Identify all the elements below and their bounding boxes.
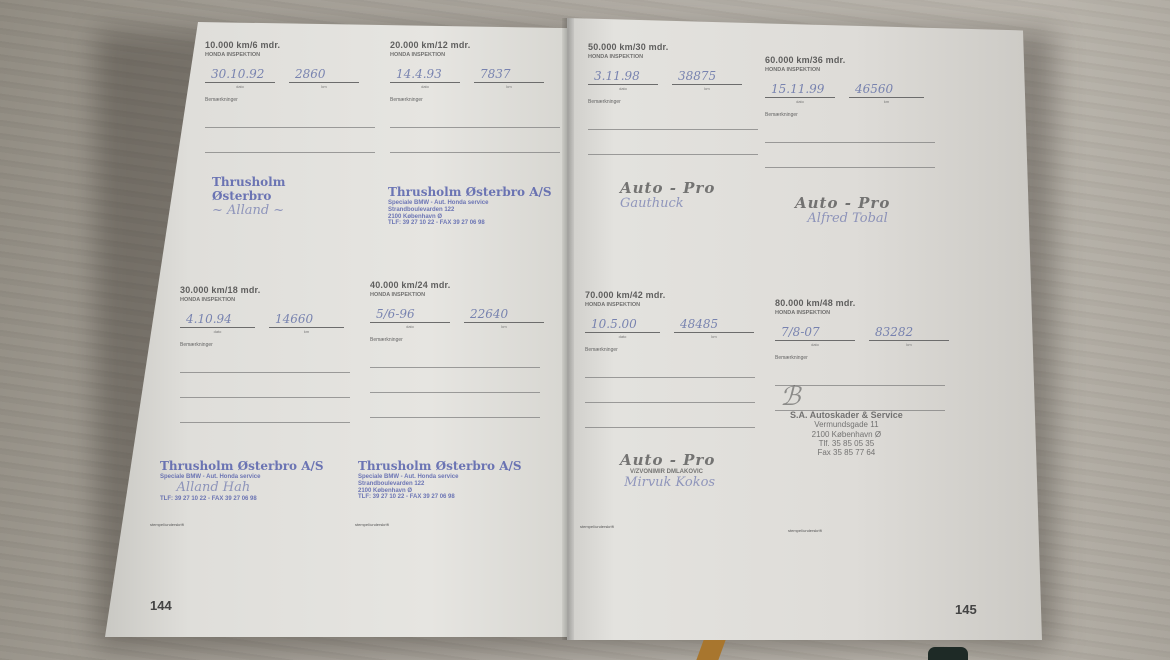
service-date: 5/6-96 — [376, 307, 415, 321]
service-km: 83282 — [875, 325, 913, 339]
interval-label: 70.000 km/42 mdr. — [585, 290, 755, 300]
stamp-line: 2100 København Ø — [790, 430, 903, 439]
dealer-stamp: Thrusholm Østerbro ~ Alland ~ — [212, 176, 285, 219]
remarks-line — [370, 343, 540, 368]
interval-label: 60.000 km/36 mdr. — [765, 55, 935, 65]
remarks-line — [205, 128, 375, 153]
remarks-line — [370, 368, 540, 393]
stamp-line: Fax 35 85 77 64 — [790, 448, 903, 457]
stamp-line: Østerbro — [212, 190, 285, 204]
service-entry: 50.000 km/30 mdr. HONDA INSPEKTION 3.11.… — [588, 42, 758, 155]
service-date: 7/8-07 — [781, 325, 820, 339]
service-date: 15.11.99 — [771, 82, 824, 96]
remarks-line — [180, 373, 350, 398]
stamp-label: stempel/underskrift — [355, 522, 389, 527]
booklet-spine — [562, 18, 574, 640]
service-entry: 40.000 km/24 mdr. HONDA INSPEKTION 5/6-9… — [370, 280, 540, 418]
inspection-label: HONDA INSPEKTION — [585, 302, 755, 308]
remarks-line — [765, 118, 935, 143]
stamp-title: Thrusholm Østerbro A/S — [388, 186, 552, 200]
service-date: 14.4.93 — [396, 67, 442, 81]
service-entry: 30.000 km/18 mdr. HONDA INSPEKTION 4.10.… — [180, 285, 350, 423]
date-caption: dato — [765, 99, 835, 104]
km-caption: km — [289, 84, 359, 89]
km-caption: km — [474, 84, 544, 89]
remarks-line — [585, 378, 755, 403]
stamp-title: Auto - Pro — [620, 180, 715, 197]
stamp-line: TLF: 39 27 10 22 - FAX 39 27 06 98 — [160, 496, 324, 503]
dealer-stamp: Thrusholm Østerbro A/S Speciale BMW - Au… — [388, 186, 552, 227]
service-date: 30.10.92 — [211, 67, 264, 81]
service-entry: 80.000 km/48 mdr. HONDA INSPEKTION 7/8-0… — [775, 298, 945, 411]
stamp-label: stempel/underskrift — [580, 524, 614, 529]
service-km: 46560 — [855, 82, 893, 96]
inspection-label: HONDA INSPEKTION — [390, 52, 560, 58]
page-number: 145 — [955, 602, 977, 617]
km-caption: km — [674, 334, 754, 339]
date-caption: dato — [390, 84, 460, 89]
signature: Alfred Tobal — [795, 212, 890, 227]
stamp-line: TLF: 39 27 10 22 - FAX 39 27 06 98 — [388, 220, 552, 227]
service-km: 22640 — [470, 307, 508, 321]
remarks-line — [585, 403, 755, 428]
km-caption: km — [672, 86, 742, 91]
service-km: 2860 — [295, 67, 326, 81]
date-caption: dato — [588, 86, 658, 91]
service-date: 10.5.00 — [591, 317, 637, 331]
date-caption: dato — [180, 329, 255, 334]
interval-label: 40.000 km/24 mdr. — [370, 280, 540, 290]
inspection-label: HONDA INSPEKTION — [588, 54, 758, 60]
km-caption: km — [849, 99, 924, 104]
signature: Mirvuk Kokos — [620, 476, 715, 491]
service-km: 14660 — [275, 312, 313, 326]
signature: ℬ — [780, 382, 800, 412]
stamp-line: Strandboulevarden 122 — [358, 481, 522, 488]
interval-label: 30.000 km/18 mdr. — [180, 285, 350, 295]
date-caption: dato — [585, 334, 660, 339]
interval-label: 20.000 km/12 mdr. — [390, 40, 560, 50]
date-caption: dato — [370, 324, 450, 329]
remarks-line — [370, 393, 540, 418]
inspection-label: HONDA INSPEKTION — [180, 297, 350, 303]
service-km: 38875 — [678, 69, 716, 83]
stamp-line: 2100 København Ø — [388, 214, 552, 221]
remarks-line — [180, 348, 350, 373]
interval-label: 50.000 km/30 mdr. — [588, 42, 758, 52]
stamp-title: Auto - Pro — [795, 195, 890, 212]
signature: Gauthuck — [620, 197, 715, 212]
stamp-title: Thrusholm Østerbro A/S — [358, 460, 522, 474]
remarks-line — [588, 130, 758, 155]
stamp-label: stempel/underskrift — [150, 522, 184, 527]
stamp-title: S.A. Autoskader & Service — [790, 410, 903, 420]
dealer-stamp: Thrusholm Østerbro A/S Speciale BMW - Au… — [160, 460, 324, 503]
stamp-title: Auto - Pro — [620, 452, 715, 469]
pen — [928, 647, 968, 660]
service-date: 3.11.98 — [594, 69, 640, 83]
interval-label: 80.000 km/48 mdr. — [775, 298, 945, 308]
interval-label: 10.000 km/6 mdr. — [205, 40, 375, 50]
remarks-line — [205, 103, 375, 128]
stamp-label: stempel/underskrift — [788, 528, 822, 533]
km-caption: km — [269, 329, 344, 334]
stamp-line: Speciale BMW - Aut. Honda service — [388, 200, 552, 207]
stamp-line: Speciale BMW - Aut. Honda service — [358, 474, 522, 481]
km-caption: km — [869, 342, 949, 347]
remarks-line — [390, 103, 560, 128]
remarks-line — [765, 143, 935, 168]
date-caption: dato — [205, 84, 275, 89]
km-caption: km — [464, 324, 544, 329]
inspection-label: HONDA INSPEKTION — [370, 292, 540, 298]
remarks-line — [585, 353, 755, 378]
service-entry: 70.000 km/42 mdr. HONDA INSPEKTION 10.5.… — [585, 290, 755, 428]
page-number: 144 — [150, 598, 172, 613]
remarks-line — [390, 128, 560, 153]
signature: ~ Alland ~ — [212, 204, 285, 219]
remarks-line — [180, 398, 350, 423]
inspection-label: HONDA INSPEKTION — [775, 310, 945, 316]
service-km: 7837 — [480, 67, 511, 81]
dealer-stamp: Auto - Pro Gauthuck — [620, 180, 715, 212]
stamp-title: Thrusholm — [212, 176, 285, 190]
stamp-line: 2100 København Ø — [358, 488, 522, 495]
service-entry: 10.000 km/6 mdr. HONDA INSPEKTION 30.10.… — [205, 40, 375, 153]
service-date: 4.10.94 — [186, 312, 232, 326]
stamp-line: Strandboulevarden 122 — [388, 207, 552, 214]
date-caption: dato — [775, 342, 855, 347]
service-entry: 60.000 km/36 mdr. HONDA INSPEKTION 15.11… — [765, 55, 935, 168]
dealer-stamp: Auto - Pro V/ZVONIMIR DMLAKOVIC Mirvuk K… — [620, 452, 715, 491]
dealer-stamp: S.A. Autoskader & Service Vermundsgade 1… — [790, 410, 903, 457]
service-km: 48485 — [680, 317, 718, 331]
stamp-line: TLF: 39 27 10 22 - FAX 39 27 06 98 — [358, 494, 522, 501]
stamp-line: Tlf. 35 85 05 35 — [790, 439, 903, 448]
inspection-label: HONDA INSPEKTION — [205, 52, 375, 58]
dealer-stamp: Auto - Pro Alfred Tobal — [795, 195, 890, 227]
remarks-line — [775, 361, 945, 386]
remarks-line — [775, 386, 945, 411]
inspection-label: HONDA INSPEKTION — [765, 67, 935, 73]
signature: Alland Hah — [160, 481, 324, 496]
remarks-line — [588, 105, 758, 130]
stamp-line: Vermundsgade 11 — [790, 420, 903, 429]
dealer-stamp: Thrusholm Østerbro A/S Speciale BMW - Au… — [358, 460, 522, 501]
stamp-title: Thrusholm Østerbro A/S — [160, 460, 324, 474]
service-entry: 20.000 km/12 mdr. HONDA INSPEKTION 14.4.… — [390, 40, 560, 153]
